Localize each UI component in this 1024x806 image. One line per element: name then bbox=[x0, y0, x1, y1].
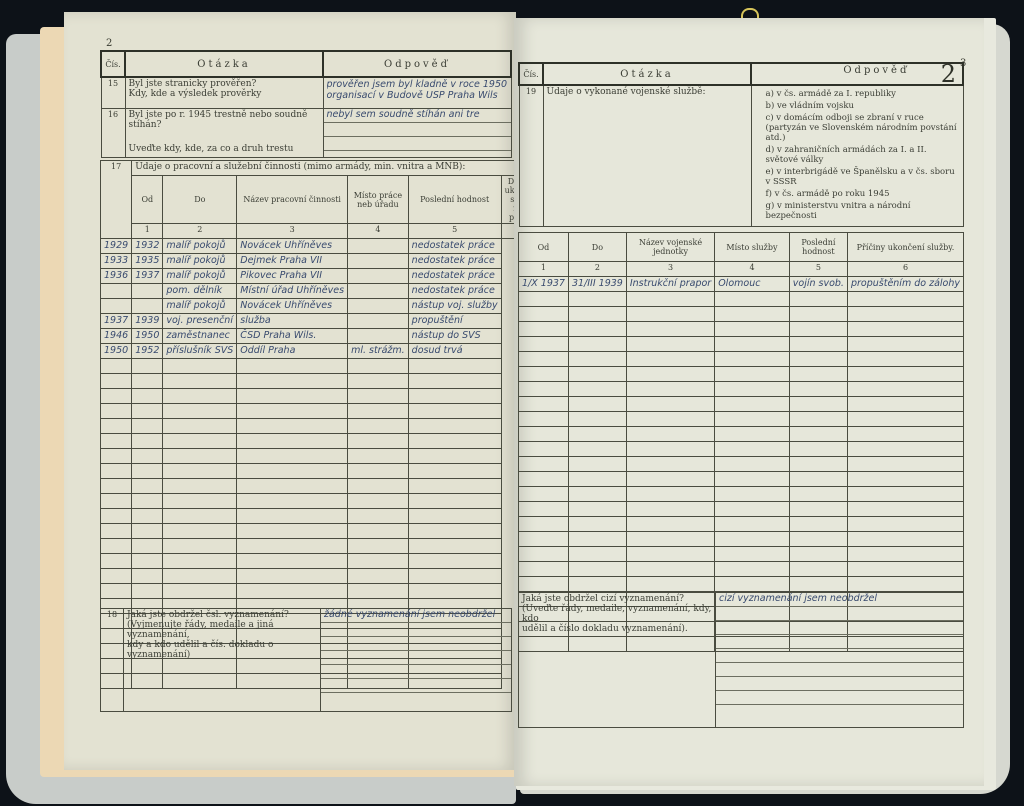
table-cell[interactable] bbox=[789, 577, 847, 592]
table-cell[interactable] bbox=[715, 487, 790, 502]
table-cell[interactable] bbox=[237, 419, 348, 434]
table-cell[interactable] bbox=[132, 419, 163, 434]
table-cell[interactable]: nástup voj. služby bbox=[408, 299, 501, 314]
table-cell[interactable]: 1935 bbox=[132, 254, 163, 269]
table-cell[interactable] bbox=[132, 494, 163, 509]
table-cell[interactable] bbox=[163, 419, 237, 434]
table-cell[interactable]: nedostatek práce bbox=[408, 269, 501, 284]
table-cell[interactable] bbox=[408, 524, 501, 539]
table-cell[interactable] bbox=[626, 547, 714, 562]
table-cell[interactable] bbox=[789, 457, 847, 472]
table-cell[interactable] bbox=[348, 389, 409, 404]
table-cell[interactable] bbox=[519, 472, 569, 487]
table-cell[interactable]: nedostatek práce bbox=[408, 239, 501, 254]
table-cell[interactable] bbox=[408, 494, 501, 509]
table-cell[interactable] bbox=[715, 562, 790, 577]
table-cell[interactable] bbox=[568, 367, 626, 382]
table-cell[interactable] bbox=[237, 359, 348, 374]
table-cell[interactable] bbox=[847, 367, 963, 382]
table-cell[interactable]: Novácek Uhříněves bbox=[237, 239, 348, 254]
table-cell[interactable]: 1929 bbox=[101, 239, 132, 254]
table-cell[interactable] bbox=[626, 382, 714, 397]
table-cell[interactable] bbox=[519, 367, 569, 382]
table-cell[interactable] bbox=[789, 307, 847, 322]
table-cell[interactable] bbox=[132, 404, 163, 419]
table-cell[interactable] bbox=[789, 412, 847, 427]
table-cell[interactable] bbox=[132, 539, 163, 554]
table-cell[interactable]: Novácek Uhříněves bbox=[237, 299, 348, 314]
table-cell[interactable] bbox=[847, 562, 963, 577]
table-cell[interactable]: 1936 bbox=[101, 269, 132, 284]
table-cell[interactable] bbox=[789, 532, 847, 547]
table-cell[interactable] bbox=[568, 472, 626, 487]
table-cell[interactable]: 1932 bbox=[132, 239, 163, 254]
table-cell[interactable]: 1950 bbox=[132, 329, 163, 344]
table-cell[interactable] bbox=[715, 367, 790, 382]
answer-line bbox=[716, 649, 963, 663]
table-cell[interactable] bbox=[715, 397, 790, 412]
table-cell[interactable] bbox=[626, 532, 714, 547]
table-cell[interactable] bbox=[132, 479, 163, 494]
table-cell[interactable] bbox=[132, 434, 163, 449]
table-cell[interactable] bbox=[568, 307, 626, 322]
table-cell[interactable] bbox=[348, 269, 409, 284]
table-cell[interactable] bbox=[519, 457, 569, 472]
table-cell[interactable] bbox=[519, 412, 569, 427]
table-cell[interactable] bbox=[847, 427, 963, 442]
table-cell[interactable] bbox=[789, 382, 847, 397]
table-cell[interactable] bbox=[163, 479, 237, 494]
table-cell[interactable] bbox=[237, 494, 348, 509]
table-cell[interactable] bbox=[847, 457, 963, 472]
table-cell[interactable] bbox=[568, 442, 626, 457]
table-cell[interactable] bbox=[568, 562, 626, 577]
table-cell[interactable] bbox=[348, 419, 409, 434]
table-cell[interactable] bbox=[626, 457, 714, 472]
table-cell[interactable] bbox=[348, 284, 409, 299]
table-cell[interactable] bbox=[847, 292, 963, 307]
table-cell[interactable] bbox=[237, 539, 348, 554]
table-cell[interactable] bbox=[101, 524, 132, 539]
table-cell[interactable] bbox=[568, 517, 626, 532]
table-cell[interactable] bbox=[847, 517, 963, 532]
table-cell[interactable] bbox=[348, 569, 409, 584]
empty-row bbox=[101, 464, 546, 479]
table-cell[interactable] bbox=[626, 427, 714, 442]
table-cell[interactable] bbox=[715, 502, 790, 517]
table-cell[interactable] bbox=[789, 442, 847, 457]
table-cell[interactable] bbox=[163, 554, 237, 569]
empty-row bbox=[519, 397, 964, 412]
table-cell[interactable] bbox=[101, 479, 132, 494]
table-cell[interactable] bbox=[626, 577, 714, 592]
empty-row bbox=[519, 532, 964, 547]
table-cell[interactable] bbox=[132, 299, 163, 314]
table-cell[interactable] bbox=[626, 502, 714, 517]
table-cell[interactable] bbox=[715, 442, 790, 457]
table-cell[interactable] bbox=[568, 547, 626, 562]
table-cell[interactable] bbox=[519, 487, 569, 502]
table-cell[interactable] bbox=[789, 352, 847, 367]
table-cell[interactable] bbox=[348, 239, 409, 254]
table-cell[interactable] bbox=[348, 254, 409, 269]
table-cell[interactable] bbox=[101, 494, 132, 509]
table-cell[interactable] bbox=[163, 374, 237, 389]
table-cell[interactable] bbox=[519, 427, 569, 442]
table-cell[interactable]: nástup do SVS bbox=[408, 329, 501, 344]
table-cell[interactable]: pom. dělník bbox=[163, 284, 237, 299]
table-cell[interactable] bbox=[163, 509, 237, 524]
question-line: Byl jste po r. 1945 trestně nebo soudně … bbox=[129, 110, 320, 130]
handwritten-answer: cizí vyznamenání jsem neobdržel bbox=[716, 593, 963, 607]
table-cell[interactable] bbox=[132, 524, 163, 539]
table-cell[interactable] bbox=[626, 472, 714, 487]
table-cell[interactable]: 1939 bbox=[132, 314, 163, 329]
table-cell[interactable] bbox=[348, 554, 409, 569]
empty-row bbox=[519, 577, 964, 592]
empty-row bbox=[101, 479, 546, 494]
table-cell[interactable] bbox=[626, 517, 714, 532]
table-cell[interactable] bbox=[789, 337, 847, 352]
table-cell[interactable]: 31/III 1939 bbox=[568, 277, 626, 292]
table-cell[interactable] bbox=[408, 539, 501, 554]
table-cell[interactable]: Oddíl Praha bbox=[237, 344, 348, 359]
table-cell[interactable] bbox=[519, 442, 569, 457]
table-cell[interactable] bbox=[626, 322, 714, 337]
table-cell[interactable] bbox=[348, 509, 409, 524]
table-cell[interactable]: Instrukční prapor bbox=[626, 277, 714, 292]
table-cell[interactable] bbox=[626, 367, 714, 382]
table-cell[interactable] bbox=[568, 352, 626, 367]
table-cell[interactable] bbox=[847, 547, 963, 562]
table-cell[interactable]: Olomouc bbox=[715, 277, 790, 292]
answer-field[interactable]: žádné vyznamenání jsem neobdržel bbox=[321, 609, 512, 712]
table-cell[interactable] bbox=[163, 494, 237, 509]
empty-row bbox=[101, 584, 546, 599]
table-cell[interactable] bbox=[715, 427, 790, 442]
table-cell[interactable]: malíř pokojů bbox=[163, 254, 237, 269]
table-cell[interactable]: 1952 bbox=[132, 344, 163, 359]
table-cell[interactable] bbox=[519, 517, 569, 532]
table-cell[interactable] bbox=[132, 389, 163, 404]
table-cell[interactable] bbox=[101, 434, 132, 449]
table-cell[interactable] bbox=[568, 502, 626, 517]
table-cell[interactable] bbox=[101, 374, 132, 389]
table-cell[interactable]: propuštění bbox=[408, 314, 501, 329]
table-cell[interactable] bbox=[408, 374, 501, 389]
table-cell[interactable] bbox=[101, 284, 132, 299]
table-cell[interactable] bbox=[568, 487, 626, 502]
table-cell[interactable] bbox=[789, 367, 847, 382]
table-cell[interactable] bbox=[847, 577, 963, 592]
table-cell[interactable] bbox=[715, 457, 790, 472]
table-cell[interactable] bbox=[519, 382, 569, 397]
table-cell[interactable] bbox=[163, 404, 237, 419]
table-cell[interactable] bbox=[132, 284, 163, 299]
table-cell[interactable] bbox=[163, 569, 237, 584]
empty-row bbox=[519, 562, 964, 577]
table-cell[interactable] bbox=[101, 299, 132, 314]
table-cell[interactable] bbox=[519, 307, 569, 322]
table-cell[interactable]: 1950 bbox=[101, 344, 132, 359]
table-cell[interactable] bbox=[519, 397, 569, 412]
table-cell[interactable] bbox=[237, 404, 348, 419]
table-cell[interactable] bbox=[132, 509, 163, 524]
table-cell[interactable] bbox=[237, 569, 348, 584]
table-cell[interactable] bbox=[847, 397, 963, 412]
table-cell[interactable] bbox=[348, 479, 409, 494]
table-cell[interactable] bbox=[101, 449, 132, 464]
table-cell[interactable]: ml. strážm. bbox=[348, 344, 409, 359]
table-cell[interactable] bbox=[237, 554, 348, 569]
right-page: 3 Čís. Otázka Odpověď 2 19 Údaje o vykon… bbox=[514, 18, 984, 786]
table-cell[interactable] bbox=[237, 464, 348, 479]
table-cell[interactable] bbox=[101, 464, 132, 479]
empty-row bbox=[101, 524, 546, 539]
table-cell[interactable] bbox=[132, 464, 163, 479]
table-cell[interactable] bbox=[408, 554, 501, 569]
table-cell[interactable] bbox=[626, 412, 714, 427]
table-cell[interactable] bbox=[715, 577, 790, 592]
table-cell[interactable] bbox=[626, 292, 714, 307]
table-cell[interactable]: propuštěním do zálohy bbox=[847, 277, 963, 292]
table-cell[interactable] bbox=[408, 389, 501, 404]
table-cell[interactable] bbox=[237, 434, 348, 449]
table-cell[interactable]: malíř pokojů bbox=[163, 239, 237, 254]
table-cell[interactable] bbox=[715, 412, 790, 427]
table-cell[interactable] bbox=[519, 577, 569, 592]
table-cell[interactable] bbox=[715, 517, 790, 532]
empty-row bbox=[519, 472, 964, 487]
table-cell[interactable] bbox=[847, 502, 963, 517]
table-cell[interactable] bbox=[568, 532, 626, 547]
table-cell[interactable] bbox=[237, 584, 348, 599]
table-cell[interactable] bbox=[519, 562, 569, 577]
table-cell[interactable]: služba bbox=[237, 314, 348, 329]
table-cell[interactable] bbox=[163, 524, 237, 539]
table-cell[interactable]: 1933 bbox=[101, 254, 132, 269]
table-cell[interactable] bbox=[568, 427, 626, 442]
table-cell[interactable] bbox=[408, 404, 501, 419]
table-cell[interactable] bbox=[626, 442, 714, 457]
table-row: 19371939voj. presenčníslužbapropuštění bbox=[101, 314, 546, 329]
table-cell[interactable] bbox=[163, 584, 237, 599]
table-cell[interactable] bbox=[568, 397, 626, 412]
table-cell[interactable] bbox=[408, 509, 501, 524]
table-cell[interactable] bbox=[519, 547, 569, 562]
table-cell[interactable] bbox=[408, 584, 501, 599]
table-cell[interactable] bbox=[847, 442, 963, 457]
table-cell[interactable] bbox=[132, 449, 163, 464]
table-cell[interactable] bbox=[101, 359, 132, 374]
table-cell[interactable] bbox=[237, 524, 348, 539]
table-cell[interactable] bbox=[715, 307, 790, 322]
table-cell[interactable]: vojín svob. bbox=[789, 277, 847, 292]
table-cell[interactable] bbox=[847, 337, 963, 352]
table-cell[interactable] bbox=[519, 337, 569, 352]
table-cell[interactable] bbox=[132, 584, 163, 599]
table-cell[interactable] bbox=[519, 502, 569, 517]
empty-row bbox=[101, 374, 546, 389]
table-cell[interactable]: Pikovec Praha VII bbox=[237, 269, 348, 284]
table-cell[interactable]: malíř pokojů bbox=[163, 269, 237, 284]
table-cell[interactable] bbox=[348, 329, 409, 344]
col-answer-header: Odpověď bbox=[323, 51, 511, 77]
empty-row bbox=[519, 352, 964, 367]
table-cell[interactable] bbox=[789, 472, 847, 487]
table-cell[interactable] bbox=[789, 517, 847, 532]
table-cell[interactable] bbox=[101, 509, 132, 524]
table-cell[interactable] bbox=[715, 337, 790, 352]
table-cell[interactable] bbox=[847, 412, 963, 427]
table-cell[interactable] bbox=[568, 337, 626, 352]
answer-field[interactable]: cizí vyznamenání jsem neobdržel bbox=[716, 593, 964, 728]
question-line: Kdy, kde a výsledek prověrky bbox=[129, 89, 320, 99]
table-cell[interactable] bbox=[163, 464, 237, 479]
table-cell[interactable] bbox=[789, 292, 847, 307]
table-cell[interactable]: zaměstnanec bbox=[163, 329, 237, 344]
table-cell[interactable]: Místní úřad Uhříněves bbox=[237, 284, 348, 299]
table-cell[interactable] bbox=[132, 374, 163, 389]
table-cell[interactable] bbox=[237, 509, 348, 524]
table-row: 19461950zaměstnanecČSD Praha Wils.nástup… bbox=[101, 329, 546, 344]
table-cell[interactable] bbox=[163, 359, 237, 374]
table-cell[interactable] bbox=[626, 337, 714, 352]
table-cell[interactable] bbox=[626, 352, 714, 367]
table-cell[interactable] bbox=[348, 524, 409, 539]
table-cell[interactable]: Dejmek Praha VII bbox=[237, 254, 348, 269]
table-cell[interactable] bbox=[789, 562, 847, 577]
table-cell[interactable]: 1/X 1937 bbox=[519, 277, 569, 292]
table-cell[interactable] bbox=[715, 532, 790, 547]
col-number: 5 bbox=[408, 224, 501, 239]
table-cell[interactable] bbox=[847, 472, 963, 487]
table-cell[interactable] bbox=[348, 464, 409, 479]
table-cell[interactable] bbox=[408, 464, 501, 479]
table-cell[interactable] bbox=[568, 322, 626, 337]
table-cell[interactable] bbox=[348, 449, 409, 464]
answer-header-label: Odpověď bbox=[843, 65, 909, 76]
table-cell[interactable] bbox=[348, 584, 409, 599]
table-cell[interactable] bbox=[101, 554, 132, 569]
table-cell[interactable] bbox=[237, 374, 348, 389]
table-cell[interactable]: dosud trvá bbox=[408, 344, 501, 359]
table-cell[interactable] bbox=[348, 299, 409, 314]
table-cell[interactable] bbox=[101, 389, 132, 404]
table-cell[interactable] bbox=[408, 434, 501, 449]
table-cell[interactable] bbox=[237, 389, 348, 404]
table-cell[interactable] bbox=[101, 569, 132, 584]
page-number: 2 bbox=[106, 38, 112, 49]
table-cell[interactable] bbox=[348, 404, 409, 419]
table-cell[interactable] bbox=[847, 322, 963, 337]
table-cell[interactable] bbox=[348, 434, 409, 449]
table-cell[interactable] bbox=[626, 307, 714, 322]
table-cell[interactable]: 1937 bbox=[132, 269, 163, 284]
table-cell[interactable] bbox=[789, 397, 847, 412]
table-cell[interactable]: nedostatek práce bbox=[408, 254, 501, 269]
table-cell[interactable]: voj. presenční bbox=[163, 314, 237, 329]
table-cell[interactable] bbox=[715, 547, 790, 562]
table-cell[interactable] bbox=[132, 359, 163, 374]
table-cell[interactable] bbox=[101, 404, 132, 419]
table-cell[interactable] bbox=[715, 382, 790, 397]
table-cell[interactable] bbox=[789, 547, 847, 562]
table-cell[interactable] bbox=[568, 292, 626, 307]
answer-field[interactable]: prověřen jsem byl kladně v roce 1950 org… bbox=[323, 77, 511, 109]
table-cell[interactable] bbox=[408, 449, 501, 464]
table-cell[interactable] bbox=[847, 352, 963, 367]
answer-line bbox=[321, 651, 511, 665]
table-cell[interactable] bbox=[348, 314, 409, 329]
table-cell[interactable] bbox=[163, 434, 237, 449]
table-cell[interactable] bbox=[519, 352, 569, 367]
table-cell[interactable]: nedostatek práce bbox=[408, 284, 501, 299]
table-cell[interactable] bbox=[626, 562, 714, 577]
table-cell[interactable] bbox=[163, 539, 237, 554]
table-cell[interactable] bbox=[408, 479, 501, 494]
question-19-table: Čís. Otázka Odpověď 2 19 Údaje o vykonan… bbox=[518, 62, 964, 227]
table-cell[interactable] bbox=[626, 487, 714, 502]
table-cell[interactable] bbox=[568, 382, 626, 397]
table-cell[interactable] bbox=[237, 479, 348, 494]
table-cell[interactable] bbox=[715, 292, 790, 307]
table-cell[interactable] bbox=[348, 374, 409, 389]
table-cell[interactable] bbox=[715, 352, 790, 367]
table-cell[interactable] bbox=[408, 569, 501, 584]
table-cell[interactable] bbox=[101, 539, 132, 554]
table-cell[interactable] bbox=[519, 292, 569, 307]
table-cell[interactable]: ČSD Praha Wils. bbox=[237, 329, 348, 344]
table-cell[interactable]: 1946 bbox=[101, 329, 132, 344]
table-cell[interactable] bbox=[163, 449, 237, 464]
table-cell[interactable] bbox=[568, 457, 626, 472]
table-cell[interactable] bbox=[237, 449, 348, 464]
table-cell[interactable] bbox=[847, 532, 963, 547]
table-cell[interactable] bbox=[408, 359, 501, 374]
table-cell[interactable] bbox=[348, 494, 409, 509]
table-cell[interactable] bbox=[348, 539, 409, 554]
table-row: 19331935malíř pokojůDejmek Praha VIInedo… bbox=[101, 254, 546, 269]
table-cell[interactable] bbox=[163, 389, 237, 404]
table-cell[interactable] bbox=[348, 359, 409, 374]
table-cell[interactable] bbox=[789, 322, 847, 337]
table-cell[interactable] bbox=[101, 584, 132, 599]
table-cell[interactable] bbox=[408, 419, 501, 434]
table-cell[interactable] bbox=[101, 419, 132, 434]
table-cell[interactable] bbox=[789, 502, 847, 517]
table-cell[interactable] bbox=[132, 569, 163, 584]
table-cell[interactable] bbox=[568, 577, 626, 592]
table-cell[interactable] bbox=[715, 472, 790, 487]
table-cell[interactable] bbox=[847, 487, 963, 502]
table-cell[interactable]: 1937 bbox=[101, 314, 132, 329]
col-num-header: Čís. bbox=[101, 51, 125, 77]
table-cell[interactable]: příslušník SVS bbox=[163, 344, 237, 359]
table-cell[interactable] bbox=[847, 307, 963, 322]
table-cell[interactable] bbox=[519, 532, 569, 547]
table-cell[interactable] bbox=[715, 322, 790, 337]
table-cell[interactable] bbox=[789, 487, 847, 502]
table-cell[interactable] bbox=[568, 412, 626, 427]
table-cell[interactable] bbox=[132, 554, 163, 569]
answer-field[interactable]: nebyl sem soudně stíhán ani tre bbox=[323, 109, 511, 158]
table-cell[interactable] bbox=[626, 397, 714, 412]
table-cell[interactable] bbox=[519, 322, 569, 337]
table-cell[interactable] bbox=[847, 382, 963, 397]
table-cell[interactable] bbox=[789, 427, 847, 442]
table-cell[interactable]: malíř pokojů bbox=[163, 299, 237, 314]
